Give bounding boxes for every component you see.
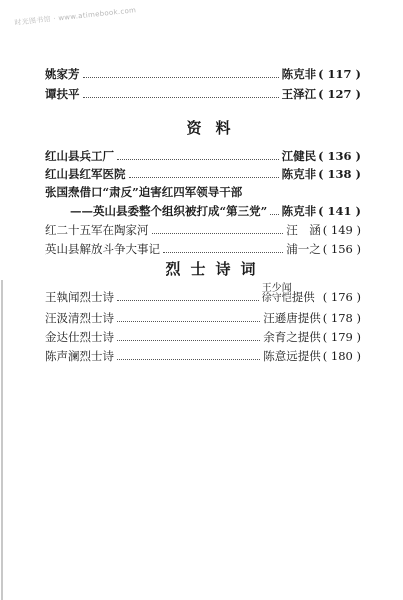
leader-dots: [83, 77, 279, 78]
entry-title: 金达仕烈士诗: [45, 329, 114, 345]
entry-author: 陈克非: [282, 66, 317, 82]
entry-page: ( 138 ): [318, 166, 361, 182]
watermark: 时光图书馆 · www.atimebook.com: [14, 5, 137, 28]
toc-entry: 陈声澜烈士诗 陈意远提供 ( 180 ): [45, 348, 361, 364]
entry-page: ( 141 ): [318, 203, 361, 219]
entry-title: 王執闻烈士诗: [45, 289, 114, 305]
toc-entry: 姚家芳 陈克非 ( 117 ): [45, 66, 361, 82]
entry-author: 陈克非: [282, 166, 317, 182]
leader-dots: [117, 159, 279, 160]
entry-author: 汪 涵: [286, 222, 321, 238]
leader-dots: [163, 252, 283, 253]
entry-page: ( 176 ): [323, 289, 361, 305]
entry-page: ( 179 ): [323, 329, 361, 345]
entry-page: ( 178 ): [323, 310, 361, 326]
entry-author: 王泽江: [282, 86, 317, 102]
toc-entry: 王執闻烈士诗 王少闻 徐守恺 提供 ( 176 ): [45, 289, 361, 305]
entry-author: 余育之提供: [263, 329, 321, 345]
leader-dots: [117, 359, 260, 360]
entry-author: 陈克非: [282, 203, 317, 219]
toc-entry: 红山县兵工厂 江健民 ( 136 ): [45, 148, 361, 164]
entry-author: 浦一之: [286, 241, 321, 257]
entry-page: ( 180 ): [323, 348, 361, 364]
entry-author: 汪遜唐提供: [263, 310, 321, 326]
entry-author: 陈意远提供: [263, 348, 321, 364]
entry-authors-stacked: 王少闻 徐守恺: [262, 284, 292, 304]
toc-entry: 英山县解放斗争大事记 浦一之 ( 156 ): [45, 241, 361, 257]
leader-dots: [152, 233, 284, 234]
leader-dots: [117, 340, 260, 341]
toc-entry: 金达仕烈士诗 余育之提供 ( 179 ): [45, 329, 361, 345]
leader-dots: [117, 300, 259, 301]
entry-title: 红二十五军在陶家河: [45, 222, 149, 238]
leader-dots: [129, 177, 279, 178]
entry-title: 姚家芳: [45, 66, 80, 82]
entry-title: 英山县解放斗争大事记: [45, 241, 160, 257]
entry-title: 红山县兵工厂: [45, 148, 114, 164]
entry-page: ( 127 ): [318, 86, 361, 102]
entry-page: ( 156 ): [323, 241, 361, 257]
entry-subtitle: ——英山县委整个组织被打成“第三党”: [70, 203, 267, 219]
entry-title: 红山县红军医院: [45, 166, 126, 182]
section-heading-materials: 资料: [0, 117, 403, 138]
leader-dots: [270, 214, 278, 215]
entry-title-multiline: 张国焘借口“肃反”迫害红四军领导干部: [45, 184, 242, 200]
entry-page: ( 136 ): [318, 148, 361, 164]
toc-entry: ——英山县委整个组织被打成“第三党” 陈克非 ( 141 ): [70, 203, 361, 219]
leader-dots: [117, 321, 260, 322]
toc-entry: 谭扶平 王泽江 ( 127 ): [45, 86, 361, 102]
entry-author: 江健民: [282, 148, 317, 164]
entry-title: 汪汲清烈士诗: [45, 310, 114, 326]
toc-entry: 红二十五军在陶家河 汪 涵 ( 149 ): [45, 222, 361, 238]
entry-page: ( 149 ): [323, 222, 361, 238]
section-heading-poems: 烈士诗词: [0, 258, 403, 279]
entry-author: 徐守恺: [262, 294, 292, 304]
toc-entry: 汪汲清烈士诗 汪遜唐提供 ( 178 ): [45, 310, 361, 326]
page-binding-edge: [1, 280, 3, 600]
entry-title: 谭扶平: [45, 86, 80, 102]
leader-dots: [83, 97, 279, 98]
toc-entry: 红山县红军医院 陈克非 ( 138 ): [45, 166, 361, 182]
entry-provider-label: 提供: [292, 289, 315, 305]
entry-page: ( 117 ): [318, 66, 361, 82]
entry-title: 陈声澜烈士诗: [45, 348, 114, 364]
